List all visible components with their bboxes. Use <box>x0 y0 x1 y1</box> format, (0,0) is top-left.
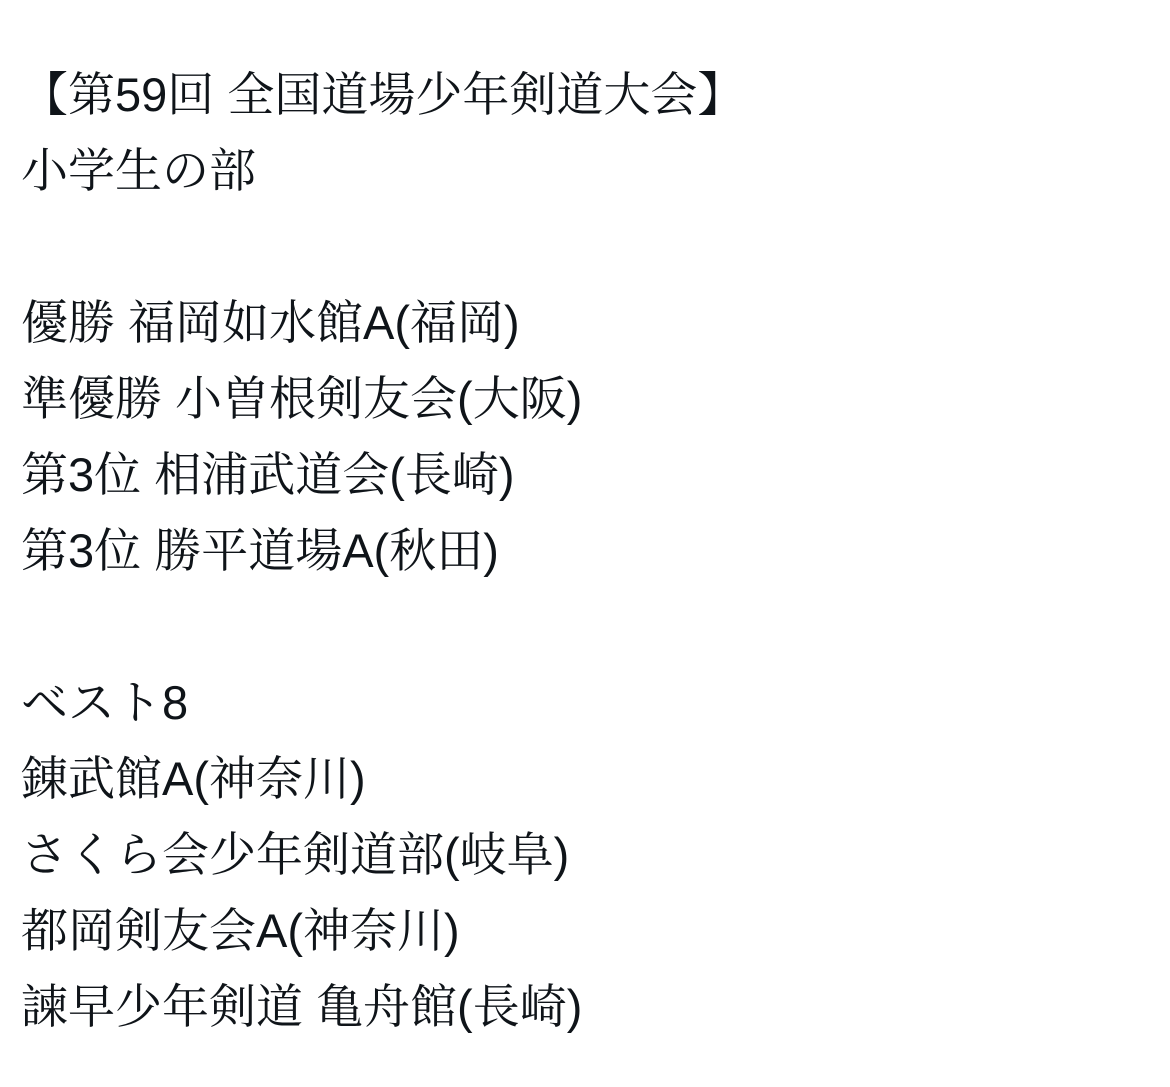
best8-team-4: 諫早少年剣道 亀舟館(長崎) <box>21 969 1140 1045</box>
post-text: 【第59回 全国道場少年剣道大会】 小学生の部 優勝 福岡如水館A(福岡) 準優… <box>0 0 1170 1045</box>
tournament-title: 【第59回 全国道場少年剣道大会】 <box>21 57 1140 133</box>
header-section: 【第59回 全国道場少年剣道大会】 小学生の部 <box>21 57 1140 209</box>
results-section: 優勝 福岡如水館A(福岡) 準優勝 小曽根剣友会(大阪) 第3位 相浦武道会(長… <box>21 285 1140 589</box>
result-runner-up: 準優勝 小曽根剣友会(大阪) <box>21 361 1140 437</box>
best8-team-2: さくら会少年剣道部(岐阜) <box>21 817 1140 893</box>
division-label: 小学生の部 <box>21 133 1140 209</box>
result-third-place-1: 第3位 相浦武道会(長崎) <box>21 437 1140 513</box>
best8-team-3: 都岡剣友会A(神奈川) <box>21 893 1140 969</box>
best8-section: ベスト8 錬武館A(神奈川) さくら会少年剣道部(岐阜) 都岡剣友会A(神奈川)… <box>21 665 1140 1045</box>
result-third-place-2: 第3位 勝平道場A(秋田) <box>21 513 1140 589</box>
best8-team-1: 錬武館A(神奈川) <box>21 741 1140 817</box>
best8-heading: ベスト8 <box>21 665 1140 741</box>
result-champion: 優勝 福岡如水館A(福岡) <box>21 285 1140 361</box>
